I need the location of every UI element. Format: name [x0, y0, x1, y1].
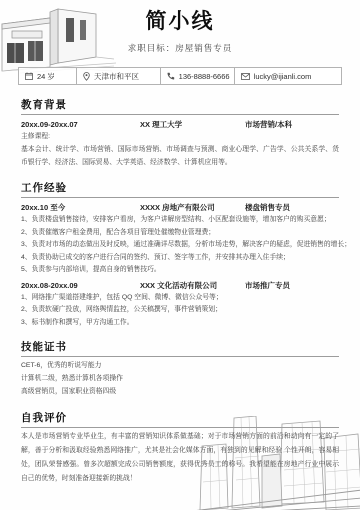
job-company: XXXX 房地产有限公司 [140, 202, 245, 213]
job-period: 20xx.10 至今 [21, 202, 140, 213]
skills-list: CET-6，优秀的听说写能力 计算机二级，熟悉计算机各项操作 高级营销员，国家职… [21, 359, 339, 398]
courses-label: 主修课程: [21, 130, 339, 143]
job-duty: 1、网络推广渠道搭建维护，包括 QQ 空间、微博、微信公众号等； [21, 292, 339, 305]
skill-item: 高级营销员，国家职业资格四级 [21, 385, 339, 398]
job-objective: 求职目标：房屋销售专员 [0, 42, 360, 54]
section-evaluation: 自我评价 本人是市场营销专业毕业生，有丰富的营销知识体系做基础；对于市场营销方面… [21, 411, 339, 486]
age-value: 24 岁 [37, 71, 55, 82]
job-period: 20xx.08-20xx.09 [21, 280, 140, 291]
job-duty: 2、负责催缴客户租金费用，配合各项目管理处催缴物业管理费； [21, 227, 339, 240]
section-skills: 技能证书 CET-6，优秀的听说写能力 计算机二级，熟悉计算机各项操作 高级营销… [21, 340, 339, 398]
calendar-icon [25, 72, 33, 80]
skill-item: CET-6，优秀的听说写能力 [21, 359, 339, 372]
job-duty: 3、标书制作和撰写，甲方沟通工作。 [21, 317, 339, 330]
candidate-name: 简小线 [0, 9, 360, 35]
resume-page: 简小线 求职目标：房屋销售专员 24 岁 天津市和平区 136-8888-66 [0, 0, 360, 510]
job-duties-list: 1、负责楼盘销售接待，安排客户看房，为客户讲解房型结构、小区配套设施等，增加客户… [21, 214, 339, 277]
section-education: 教育背景 20xx.09-20xx.07 XX 理工大学 市场营销/本科 主修课… [21, 98, 339, 169]
job-duty: 3、负责对市场的动态做出及时反映，通过准确详尽数据，分析市场走势，解决客户的疑虑… [21, 239, 339, 252]
section-experience: 工作经验 20xx.10 至今 XXXX 房地产有限公司 楼盘销售专员 1、负责… [21, 181, 339, 329]
experience-section-title: 工作经验 [21, 181, 339, 198]
evaluation-text: 本人是市场营销专业毕业生，有丰富的营销知识体系做基础；对于市场营销方面的前沿和动… [21, 430, 339, 486]
phone-icon [167, 72, 175, 80]
job-duty: 4、负责协助已成交的客户进行合同的签约、预订、签字等工作，并安排其办理入住手续； [21, 252, 339, 265]
job-duties-list: 1、网络推广渠道搭建维护，包括 QQ 空间、微博、微信公众号等； 2、负责软硬广… [21, 292, 339, 330]
job-role: 市场推广专员 [245, 280, 339, 291]
skills-section-title: 技能证书 [21, 340, 339, 357]
education-entry-header: 20xx.09-20xx.07 XX 理工大学 市场营销/本科 [21, 119, 339, 130]
education-period: 20xx.09-20xx.07 [21, 119, 140, 130]
contact-age: 24 岁 [19, 68, 77, 84]
job-company: XXX 文化活动有限公司 [140, 280, 245, 291]
job-duty: 1、负责楼盘销售接待，安排客户看房，为客户讲解房型结构、小区配套设施等，增加客户… [21, 214, 339, 227]
job-entry-header: 20xx.08-20xx.09 XXX 文化活动有限公司 市场推广专员 [21, 280, 339, 291]
email-value: lucky@ijianli.com [254, 72, 312, 81]
education-major: 市场营销/本科 [245, 119, 339, 130]
contact-phone: 136-8888-6666 [161, 68, 235, 84]
job-role: 楼盘销售专员 [245, 202, 339, 213]
envelope-icon [241, 73, 250, 80]
job-duty: 2、负责软硬广投放，网络舆情监控，公关稿撰写，事件营销策划； [21, 304, 339, 317]
contact-location: 天津市和平区 [77, 68, 161, 84]
location-value: 天津市和平区 [94, 71, 139, 82]
job-duty: 5、负责参与内部培训，提高自身的销售技巧。 [21, 264, 339, 277]
education-school: XX 理工大学 [140, 119, 245, 130]
evaluation-section-title: 自我评价 [21, 411, 339, 428]
location-pin-icon [83, 72, 90, 81]
contact-info-bar: 24 岁 天津市和平区 136-8888-6666 lucky@ijianli.… [18, 67, 342, 85]
phone-value: 136-8888-6666 [179, 72, 230, 81]
skill-item: 计算机二级，熟悉计算机各项操作 [21, 372, 339, 385]
education-section-title: 教育背景 [21, 98, 339, 115]
job-entry-header: 20xx.10 至今 XXXX 房地产有限公司 楼盘销售专员 [21, 202, 339, 213]
courses-text: 基本会计、统计学、市场营销、国际市场营销、市场调查与预测、商业心理学、广告学、公… [21, 143, 339, 169]
contact-email: lucky@ijianli.com [235, 68, 341, 84]
